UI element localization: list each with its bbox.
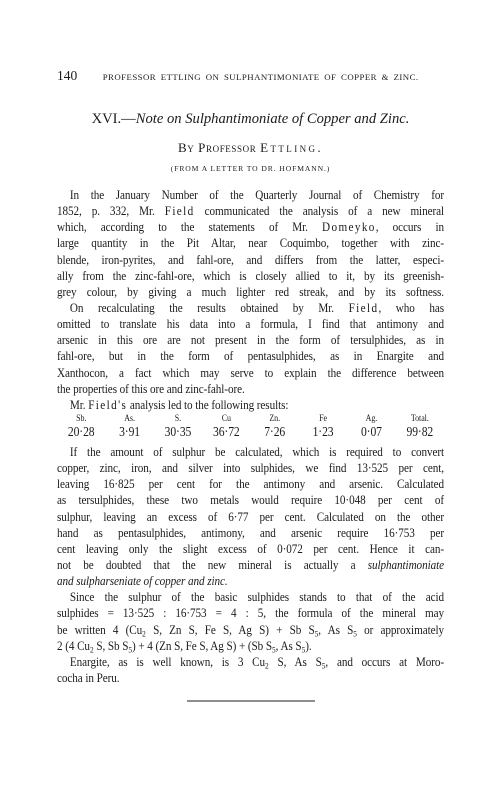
text-segment: , occurs in: [376, 219, 444, 234]
text-segment: If the amount of sulphur be calculated, …: [70, 444, 444, 459]
text-segment: Enargite, as is well known, is 3 Cu: [70, 654, 265, 669]
text-line: arsenic in this ore are not present in t…: [57, 332, 444, 348]
text-line: grey colour, by giving a much lighter re…: [57, 284, 444, 300]
text-segment: be written 4 (Cu: [57, 622, 142, 637]
text-line: hand as pentasulphides, antimony, and ar…: [57, 525, 444, 541]
text-segment: Mr.: [70, 397, 88, 412]
text-segment: 1852, p. 332, Mr.: [57, 203, 165, 218]
text-segment: hand as pentasulphides, antimony, and ar…: [57, 525, 444, 540]
text-segment: the properties of this ore and zinc-fahl…: [57, 381, 245, 396]
text-segment: omitted to translate his data into a for…: [57, 316, 444, 331]
analysis-table-column: Sb.20·28: [57, 414, 105, 439]
column-header: Zn.: [251, 414, 299, 424]
paragraph: Enargite, as is well known, is 3 Cu2 S, …: [57, 654, 444, 686]
text-segment: or approximately: [357, 622, 444, 637]
text-segment: , As S: [276, 638, 302, 653]
column-header: S.: [154, 414, 202, 424]
analysis-table-column: Fe1·23: [299, 414, 347, 439]
text-line: Enargite, as is well known, is 3 Cu2 S, …: [57, 654, 444, 670]
paragraphs-after-table: If the amount of sulphur be calculated, …: [57, 444, 444, 686]
column-header: As.: [105, 414, 153, 424]
source-note: (FROM A LETTER TO DR. HOFMANN.): [57, 164, 444, 173]
text-block: 140 PROFESSOR ETTLING ON SULPHANTIMONIAT…: [57, 0, 444, 702]
text-line: 1852, p. 332, Mr. Field communicated the…: [57, 203, 444, 219]
analysis-table-column: Total.99·82: [396, 414, 444, 439]
paragraph: In the January Number of the Quarterly J…: [57, 187, 444, 300]
analysis-table-column: S.30·35: [154, 414, 202, 439]
text-segment: blende, iron-pyrites, and fahl-ore, and …: [57, 252, 444, 267]
text-segment: Xanthocon, a fact which may serve to exp…: [57, 365, 444, 380]
text-segment: ) + 4 (Zn S, Fe S, Ag S) + (Sb S: [132, 638, 272, 653]
column-value: 3·91: [105, 424, 153, 439]
text-line: sulphides = 13·525 : 16·753 = 4 : 5, the…: [57, 605, 444, 621]
text-segment: large quantity in the Pit Altar, near Co…: [57, 235, 444, 250]
paragraph: On recalculating the results obtained by…: [57, 300, 444, 397]
text-line: If the amount of sulphur be calculated, …: [57, 444, 444, 460]
text-line: which, according to the statements of Mr…: [57, 219, 444, 235]
text-line: Mr. Field's analysis led to the followin…: [57, 397, 444, 413]
analysis-table-column: Cu36·72: [202, 414, 250, 439]
column-value: 1·23: [299, 424, 347, 439]
text-segment: analysis led to the following results:: [127, 397, 288, 412]
text-segment: In the January Number of the Quarterly J…: [70, 187, 444, 202]
column-value: 99·82: [396, 424, 444, 439]
text-line: large quantity in the Pit Altar, near Co…: [57, 235, 444, 251]
text-segment: cent leaving only the slight excess of 0…: [57, 541, 444, 556]
text-segment: as tersulphides, these two metals would …: [57, 492, 444, 507]
text-line: Xanthocon, a fact which may serve to exp…: [57, 365, 444, 381]
article-title: XVI.—Note on Sulphantimoniate of Copper …: [57, 111, 444, 128]
text-line: be written 4 (Cu2 S, Zn S, Fe S, Ag S) +…: [57, 622, 444, 638]
paragraph: Since the sulphur of the basic sulphides…: [57, 589, 444, 654]
text-segment: communicated the analysis of a new miner…: [195, 203, 444, 218]
column-value: 20·28: [57, 424, 105, 439]
scanned-journal-page: 140 PROFESSOR ETTLING ON SULPHANTIMONIAT…: [0, 0, 500, 810]
column-value: 0·07: [347, 424, 395, 439]
text-segment: arsenic in this ore are not present in t…: [57, 332, 444, 347]
text-segment: 2 (4 Cu: [57, 638, 90, 653]
text-line: fahl-ore, but in the form of pentasulphi…: [57, 348, 444, 364]
text-segment: Domeyko: [322, 219, 376, 234]
article-title-text: Note on Sulphantimoniate of Copper and Z…: [136, 111, 410, 127]
text-segment: ).: [305, 638, 311, 653]
text-line: Since the sulphur of the basic sulphides…: [57, 589, 444, 605]
paragraph: If the amount of sulphur be calculated, …: [57, 444, 444, 589]
analysis-table-column: Zn.7·26: [251, 414, 299, 439]
text-segment: leaving 16·825 per cent for the antimony…: [57, 476, 444, 491]
byline-prefix: By Professor: [178, 140, 260, 155]
text-line: leaving 16·825 per cent for the antimony…: [57, 476, 444, 492]
author-name: Ettling.: [260, 140, 323, 155]
text-segment: and sulpharseniate of copper and zinc.: [57, 573, 228, 588]
separator-rule: [187, 700, 315, 702]
text-line: blende, iron-pyrites, and fahl-ore, and …: [57, 252, 444, 268]
paragraphs-before-table: In the January Number of the Quarterly J…: [57, 187, 444, 413]
text-line: On recalculating the results obtained by…: [57, 300, 444, 316]
text-segment: Field: [349, 300, 379, 315]
column-header: Cu: [202, 414, 250, 424]
text-segment: Field: [165, 203, 195, 218]
column-value: 30·35: [154, 424, 202, 439]
analysis-table-column: As.3·91: [105, 414, 153, 439]
text-segment: grey colour, by giving a much lighter re…: [57, 284, 444, 299]
text-segment: ally from the zinc-fahl-ore, which is cl…: [57, 268, 444, 283]
text-line: 2 (4 Cu2 S, Sb S5) + 4 (Zn S, Fe S, Ag S…: [57, 638, 444, 654]
column-header: Fe: [299, 414, 347, 424]
column-value: 36·72: [202, 424, 250, 439]
article-number: XVI.—: [92, 111, 136, 127]
text-segment: cocha in Peru.: [57, 670, 119, 685]
text-line: cocha in Peru.: [57, 670, 444, 686]
text-line: ally from the zinc-fahl-ore, which is cl…: [57, 268, 444, 284]
page-number: 140: [57, 69, 77, 82]
text-line: copper, zinc, iron, and silver into sulp…: [57, 460, 444, 476]
text-segment: Field's: [88, 397, 127, 412]
text-segment: sulphides = 13·525 : 16·753 = 4 : 5, the…: [57, 605, 444, 620]
text-segment: Since the sulphur of the basic sulphides…: [70, 589, 444, 604]
text-segment: On recalculating the results obtained by…: [70, 300, 349, 315]
text-segment: which, according to the statements of Mr…: [57, 219, 322, 234]
column-header: Total.: [396, 414, 444, 424]
text-segment: , who has: [378, 300, 444, 315]
text-segment: fahl-ore, but in the form of pentasulphi…: [57, 348, 444, 363]
article-body: In the January Number of the Quarterly J…: [57, 187, 444, 686]
page-header: 140 PROFESSOR ETTLING ON SULPHANTIMONIAT…: [57, 69, 444, 84]
text-segment: S, Zn S, Fe S, Ag S) + Sb S: [146, 622, 315, 637]
text-line: In the January Number of the Quarterly J…: [57, 187, 444, 203]
text-segment: sulphantimoniate: [368, 557, 444, 572]
text-segment: , and occurs at Moro-: [325, 654, 444, 669]
text-segment: S, As S: [269, 654, 322, 669]
text-segment: S, Sb S: [94, 638, 129, 653]
text-line: sulphur, leaving an excess of 6·77 per c…: [57, 509, 444, 525]
column-value: 7·26: [251, 424, 299, 439]
text-segment: not be doubted that the new mineral is a…: [57, 557, 368, 572]
text-line: as tersulphides, these two metals would …: [57, 492, 444, 508]
text-line: cent leaving only the slight excess of 0…: [57, 541, 444, 557]
article-byline: By Professor Ettling.: [57, 140, 444, 155]
paragraph: Mr. Field's analysis led to the followin…: [57, 397, 444, 413]
text-line: not be doubted that the new mineral is a…: [57, 557, 444, 573]
analysis-table: Sb.20·28As.3·91S.30·35Cu36·72Zn.7·26Fe1·…: [57, 414, 444, 439]
column-header: Sb.: [57, 414, 105, 424]
column-header: Ag.: [347, 414, 395, 424]
running-title: PROFESSOR ETTLING ON SULPHANTIMONIATE OF…: [77, 71, 444, 84]
text-line: omitted to translate his data into a for…: [57, 316, 444, 332]
analysis-table-column: Ag.0·07: [347, 414, 395, 439]
text-segment: copper, zinc, iron, and silver into sulp…: [57, 460, 444, 475]
text-line: and sulpharseniate of copper and zinc.: [57, 573, 444, 589]
text-segment: , As S: [318, 622, 353, 637]
text-segment: sulphur, leaving an excess of 6·77 per c…: [57, 509, 444, 524]
text-line: the properties of this ore and zinc-fahl…: [57, 381, 444, 397]
